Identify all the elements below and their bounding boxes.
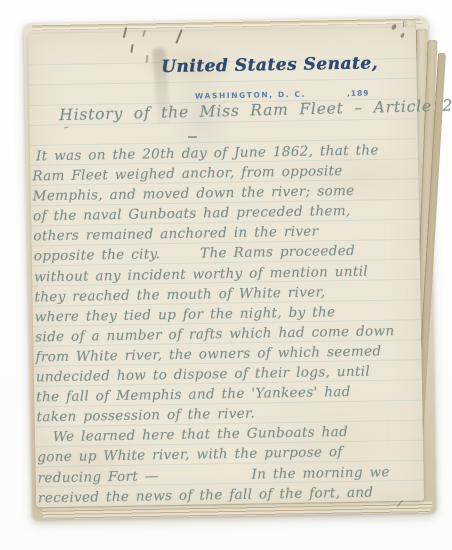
- letterhead-city-line: WASHINGTON, D. C.: [195, 90, 306, 101]
- manuscript-stack: United States Senate, WASHINGTON, D. C. …: [24, 17, 437, 520]
- letterhead-date-line: ,189: [347, 89, 370, 98]
- title-underline-dash: [188, 136, 197, 138]
- margin-pencil-mark: [64, 124, 69, 129]
- manuscript-front-page: United States Senate, WASHINGTON, D. C. …: [28, 27, 424, 508]
- photo-scene: United States Senate, WASHINGTON, D. C. …: [0, 0, 452, 550]
- manuscript-title: History of the Miss Ram Fleet – Article …: [59, 98, 409, 125]
- manuscript-body: It was on the 20th day of June 1862, tha…: [32, 140, 422, 508]
